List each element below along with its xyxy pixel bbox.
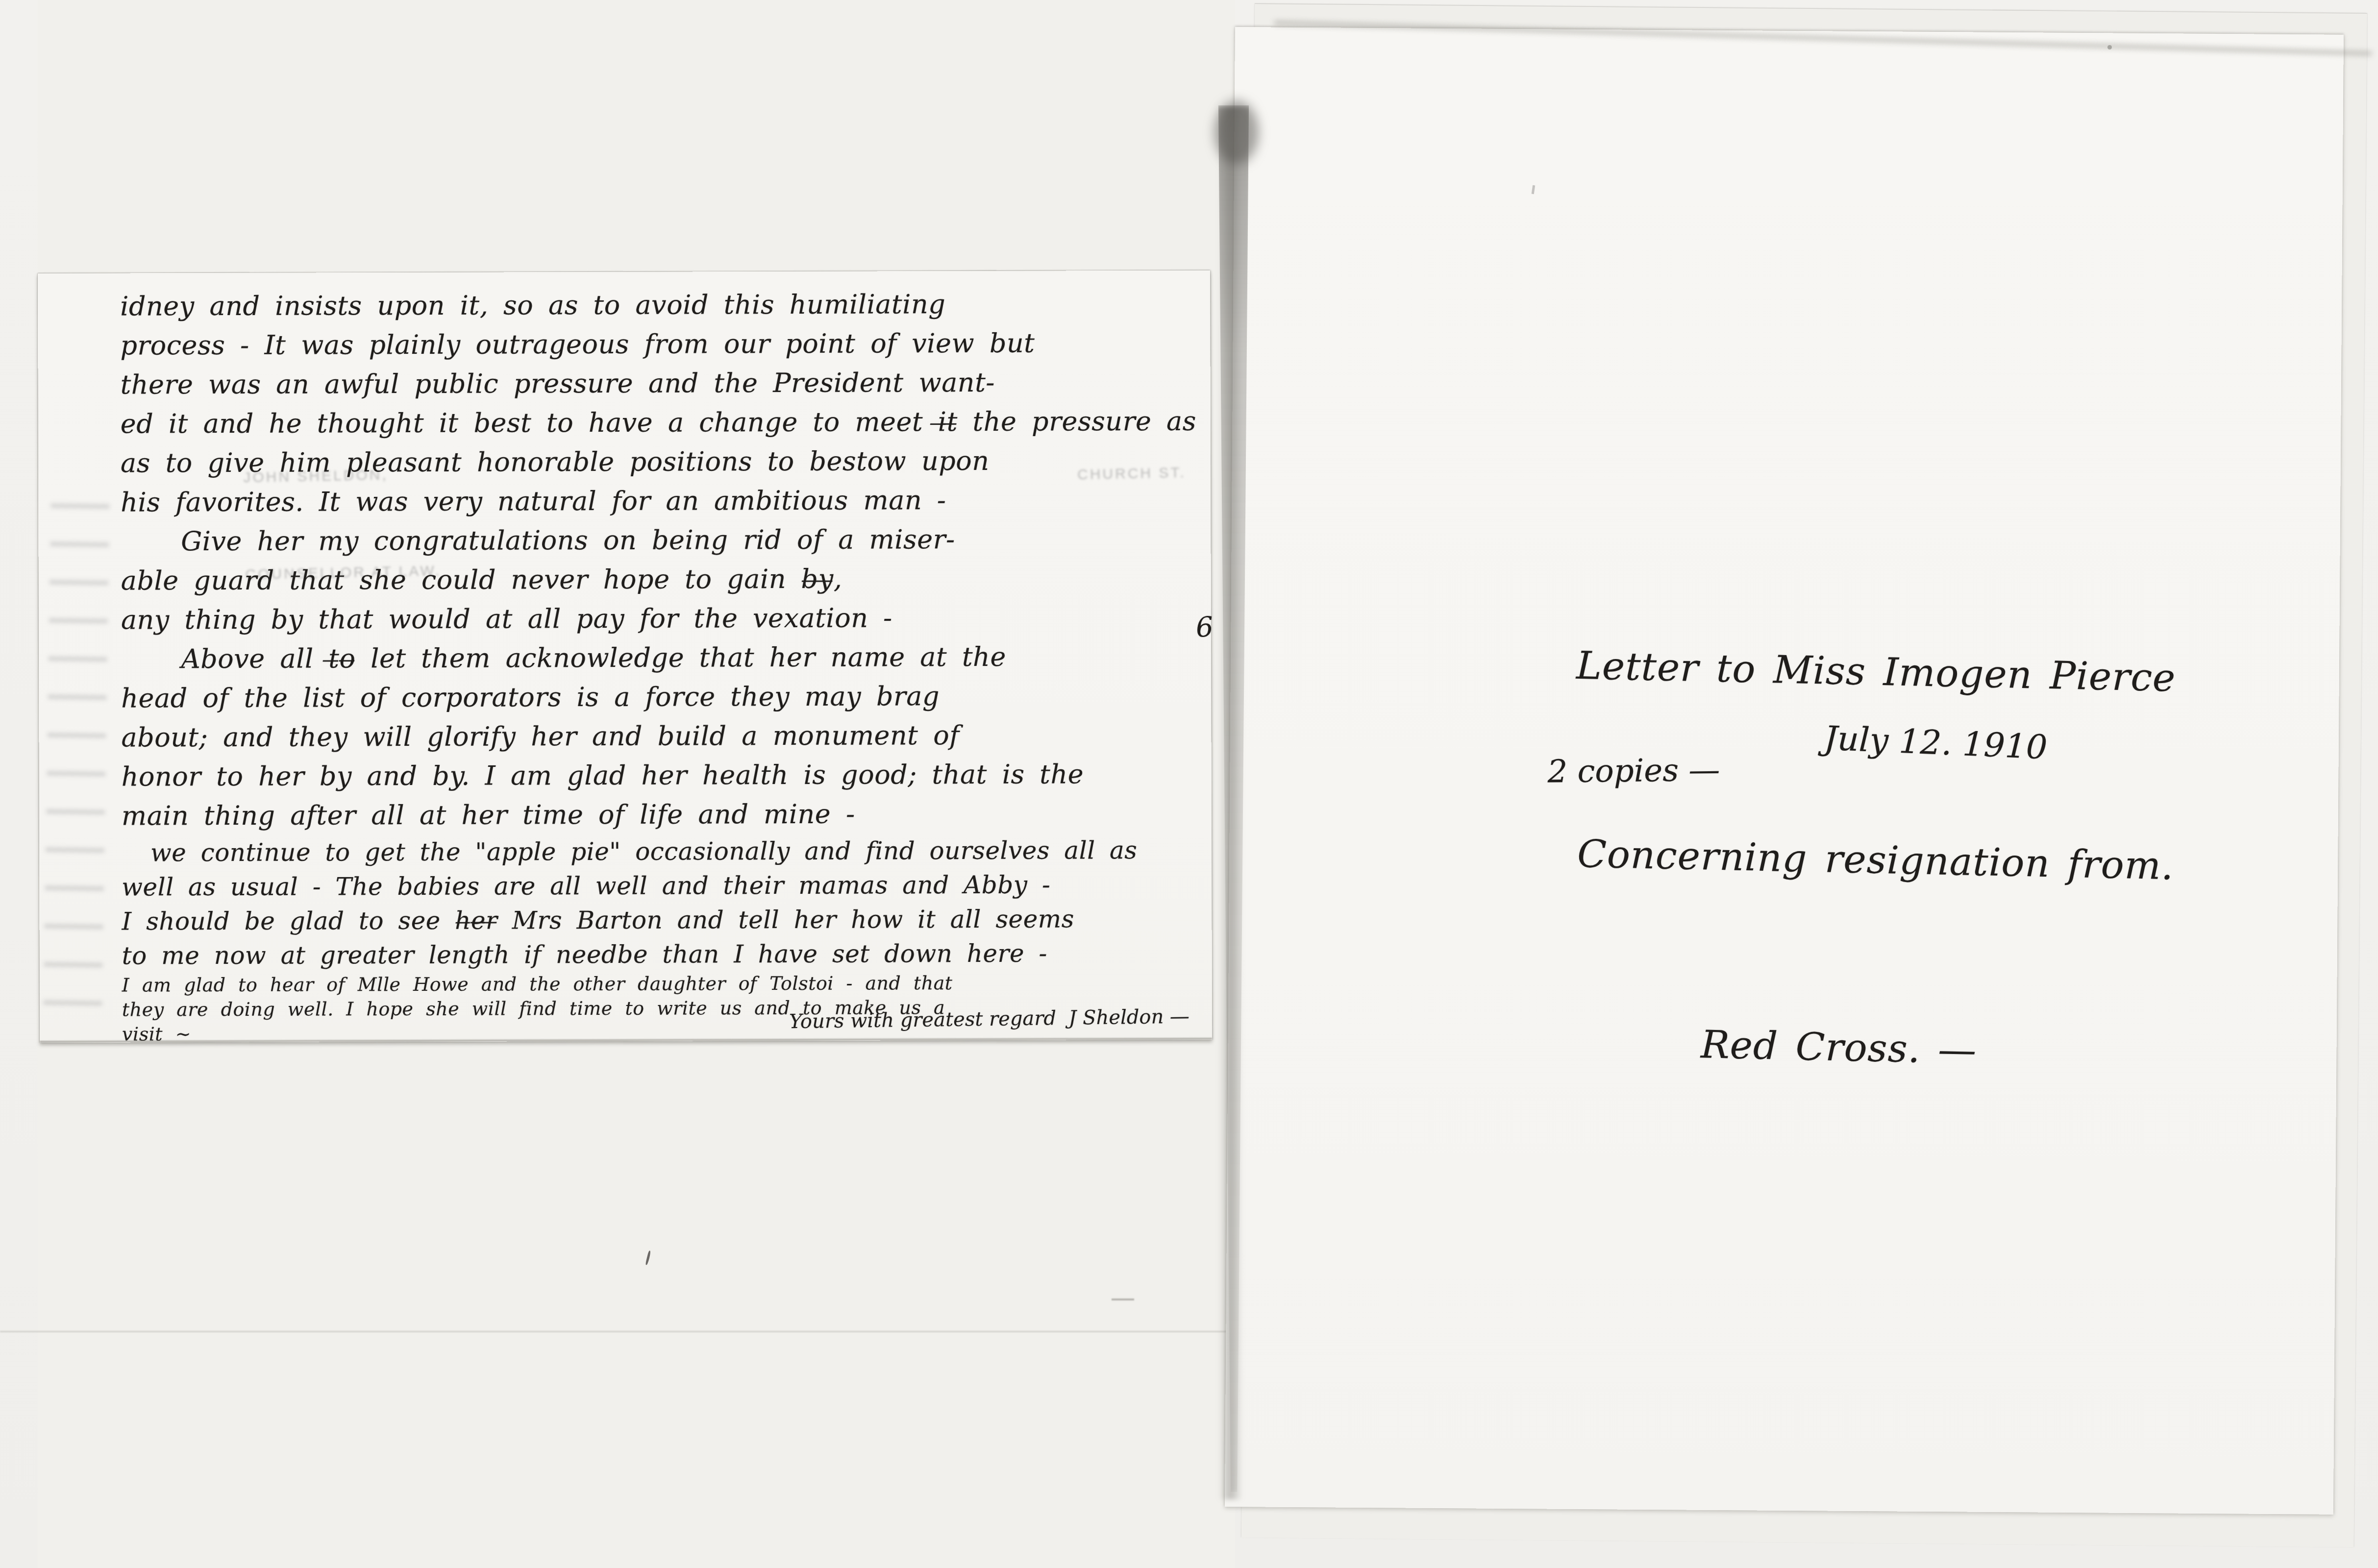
letter-line: head of the list of corporators is a for… — [121, 676, 1208, 718]
letter-line: process - It was plainly outrageous from… — [120, 323, 1207, 366]
letter-line: I should be glad to see h̶e̶r̶ Mrs Barto… — [122, 902, 1209, 939]
letter-line: honor to her by and by. I am glad her he… — [122, 755, 1209, 797]
letter-line: main thing after all at her time of life… — [122, 794, 1209, 836]
left-page: JOHN SHELDON, COUNSELLOR AT LAW. CHURCH … — [38, 270, 1212, 1043]
letter-line: I am glad to hear of Mlle Howe and the o… — [122, 970, 1209, 998]
letter-line: ed it and he thought it best to have a c… — [121, 402, 1208, 444]
letter-line: able guard that she could never hope to … — [121, 559, 1208, 601]
letter-line: Give her my congratulations on being rid… — [121, 519, 1208, 562]
letter-line: any thing by that would at all pay for t… — [121, 598, 1208, 640]
cover-title-line-1: Letter to Miss Imogen Pierce — [1576, 635, 2214, 710]
letter-line: about; and they will glorify her and bui… — [121, 715, 1208, 758]
letter-line: we continue to get the "apple pie" occas… — [122, 833, 1209, 870]
letter-line: as to give him pleasant honorable positi… — [121, 441, 1208, 483]
cover-title-line-2: Concerning resignation from. — [1577, 823, 2210, 899]
letter-line: idney and insists upon it, so as to avoi… — [120, 284, 1207, 326]
right-page: Letter to Miss Imogen Pierce Concerning … — [1225, 27, 2344, 1515]
letter-line: well as usual - The babies are all well … — [122, 867, 1209, 905]
stray-speck — [2107, 45, 2112, 49]
cover-title: Letter to Miss Imogen Pierce Concerning … — [1565, 509, 2217, 1212]
page-number-annotation: 6 — [1195, 611, 1214, 644]
letter-body: idney and insists upon it, so as to avoi… — [120, 284, 1209, 1043]
fold-shadow-top — [1214, 100, 1259, 164]
stray-dash-mark — [1112, 1298, 1134, 1300]
cover-copies-note: 2 copies — — [1547, 752, 1720, 790]
crease-line — [0, 1331, 1235, 1332]
ink-bleed-through-marks — [43, 503, 110, 1024]
cover-title-line-3: Red Cross. — — [1700, 1013, 2206, 1087]
letter-line: his favorites. It was very natural for a… — [121, 480, 1208, 522]
letter-line: Above all t̶o̶ let them acknowledge that… — [121, 637, 1208, 679]
scanned-letter-canvas: Letter to Miss Imogen Pierce Concerning … — [0, 0, 2378, 1568]
letter-line: there was an awful public pressure and t… — [120, 363, 1207, 405]
letter-line: to me now at greater length if needbe th… — [122, 936, 1209, 973]
